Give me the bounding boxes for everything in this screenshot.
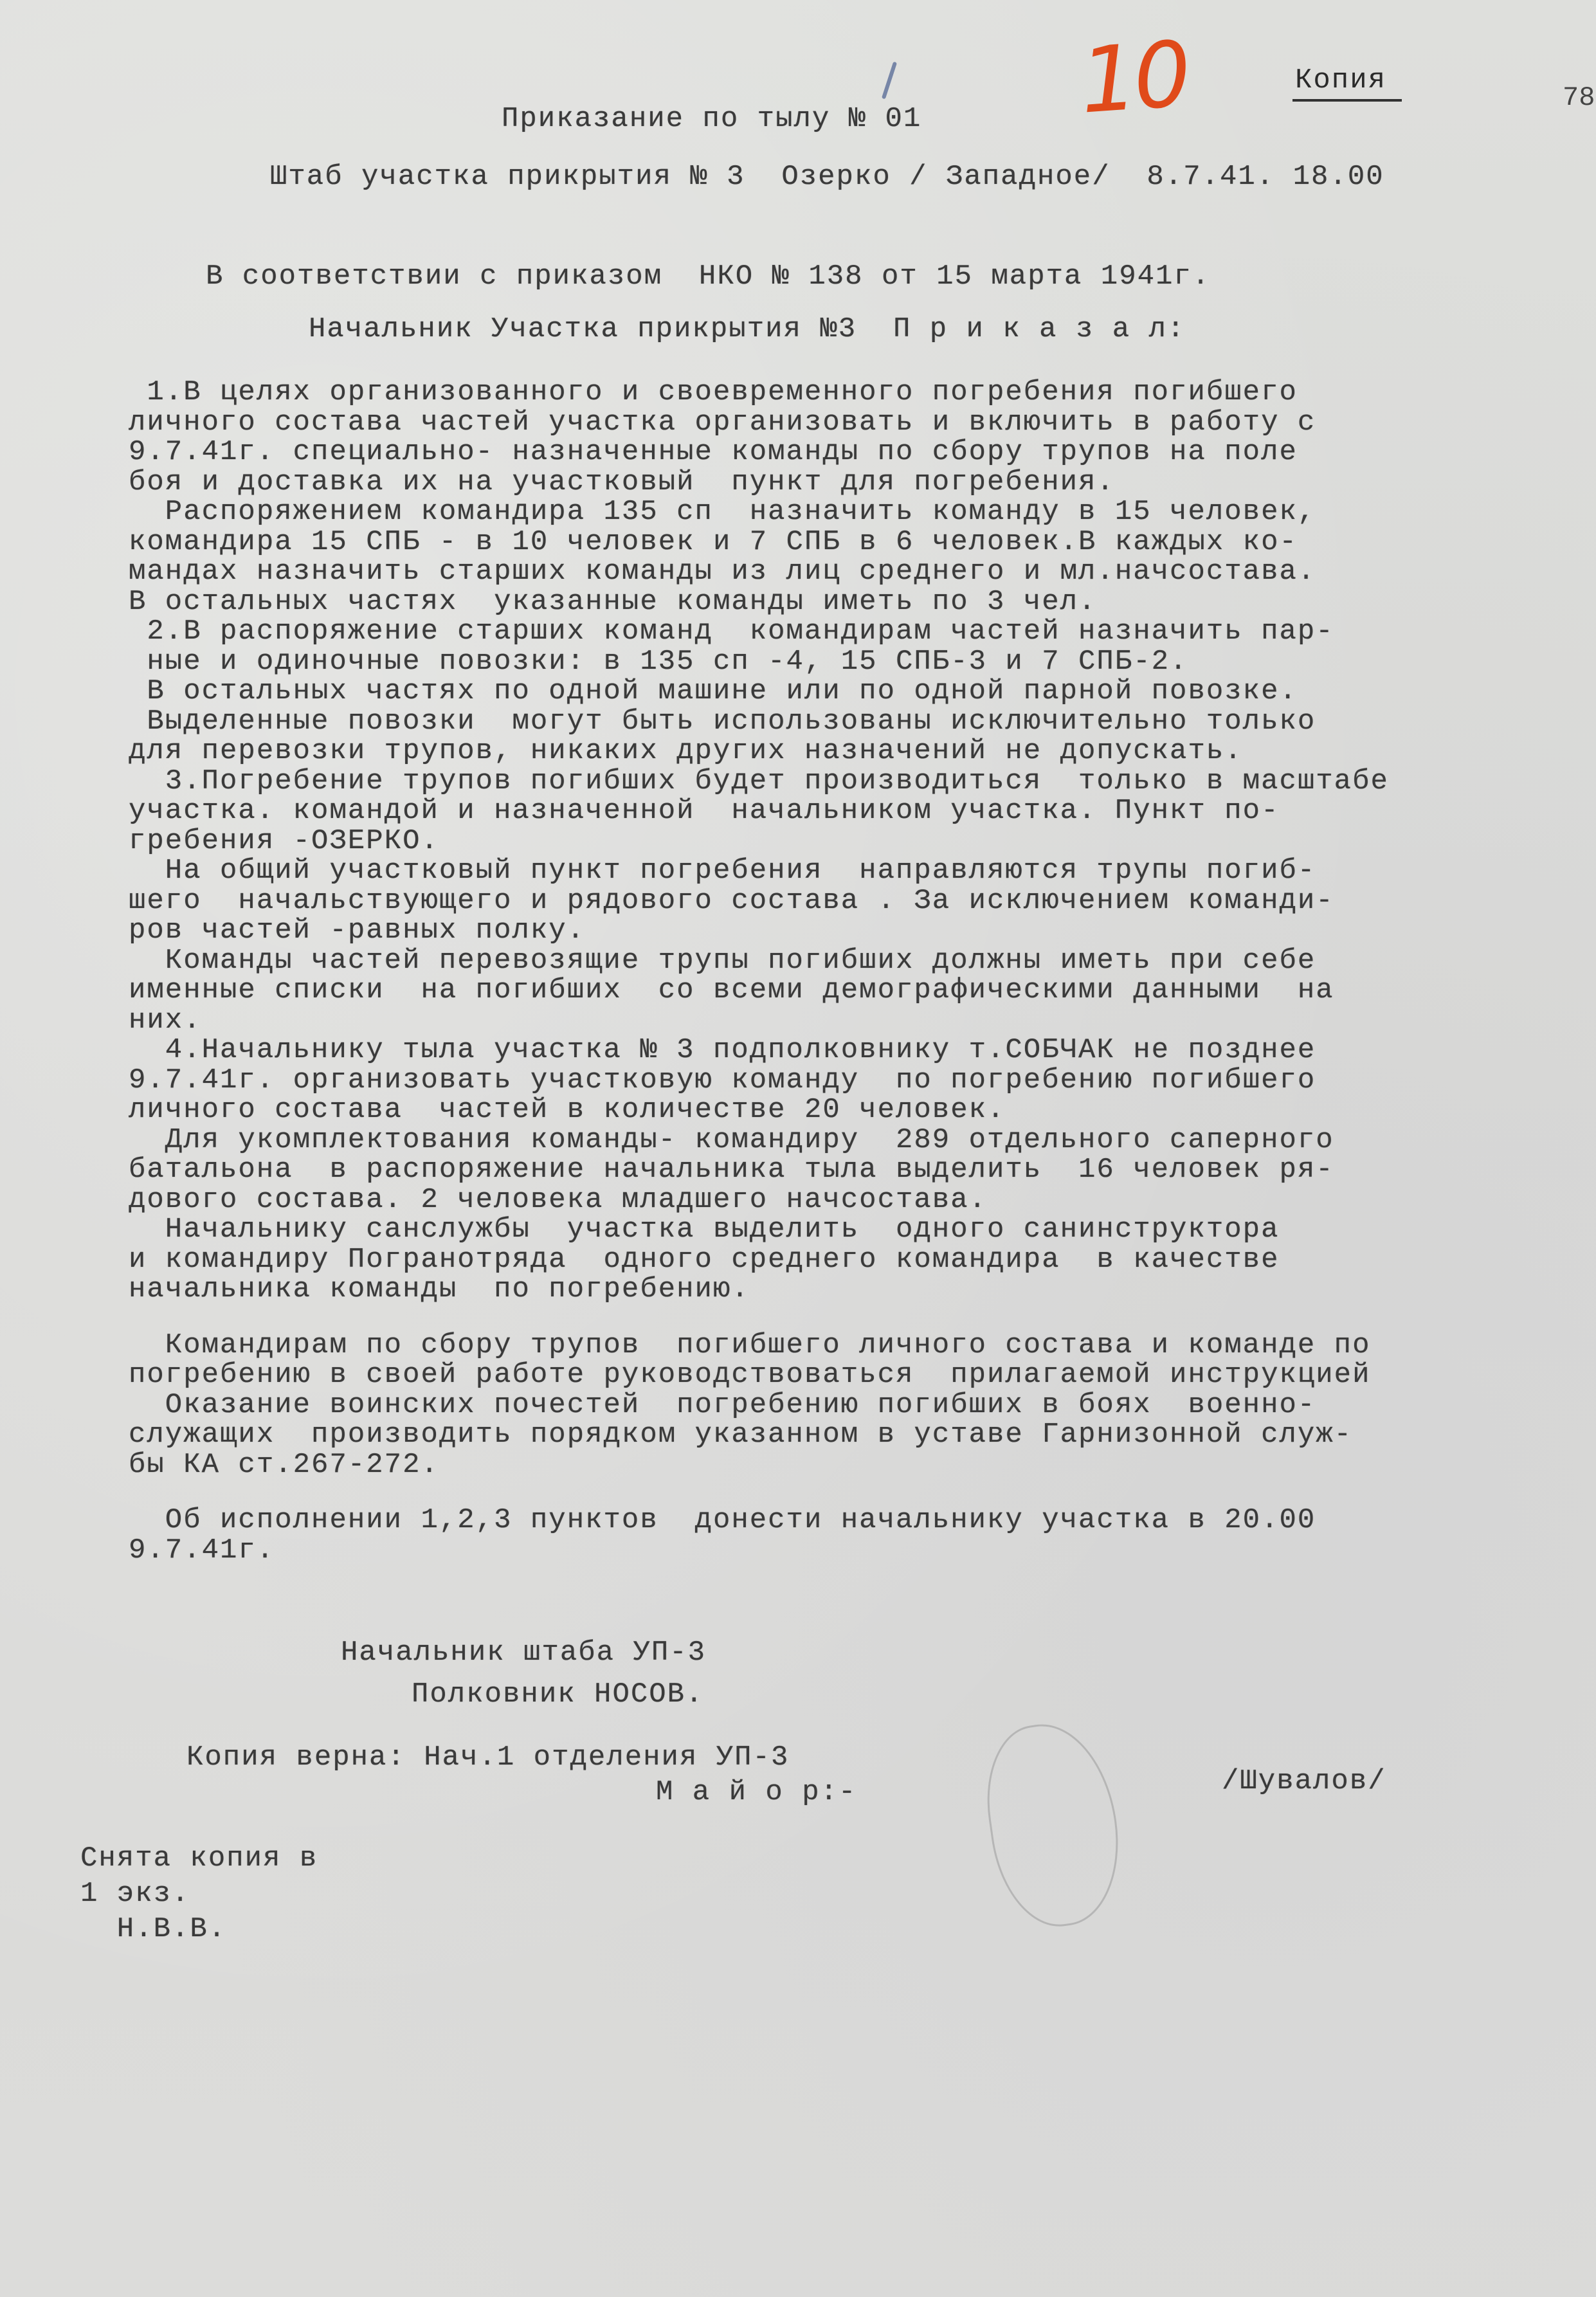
body-line: именные списки на погибших со всеми демо… [129, 974, 1334, 1006]
body-line: боя и доставка их на участковый пункт дл… [129, 466, 1115, 498]
body-line: личного состава частей участка организов… [129, 406, 1316, 439]
body-line: погребению в своей работе руководствоват… [129, 1359, 1371, 1391]
copy-certified: Копия верна: Нач.1 отделения УП-3 [186, 1741, 789, 1774]
body-line: Для укомплектования команды- командиру 2… [129, 1124, 1334, 1156]
body-line: В остальных частях указанные команды име… [129, 586, 1096, 618]
footnote-line: Снята копия в [80, 1842, 318, 1875]
body-line: участка. командой и назначенной начальни… [129, 795, 1279, 827]
body-line: 9.7.41г. [129, 1534, 275, 1566]
chief-title: Начальник штаба УП-3 [341, 1637, 706, 1669]
body-line: личного состава частей в количестве 20 ч… [129, 1094, 1005, 1126]
body-line: бы КА ст.267-272. [129, 1449, 439, 1481]
body-line: 2.В распоряжение старших команд командир… [129, 615, 1334, 648]
body-line: Командирам по сбору трупов погибшего лич… [129, 1329, 1371, 1361]
body-line: 9.7.41г. специально- назначенные команды… [129, 436, 1298, 468]
body-line: Начальнику санслужбы участка выделить од… [129, 1213, 1279, 1246]
body-line: начальника команды по погребению. [129, 1273, 750, 1305]
body-line: дового состава. 2 человека младшего начс… [129, 1184, 987, 1216]
body-line: мандах назначить старших команды из лиц … [129, 556, 1316, 588]
body-line: Выделенные повозки могут быть использова… [129, 705, 1316, 738]
folio-number: 10 [1077, 22, 1191, 134]
body-line: 3.Погребение трупов погибших будет произ… [129, 765, 1389, 797]
body-line: служащих производить порядком указанном … [129, 1419, 1352, 1451]
handwritten-signature [977, 1716, 1130, 1934]
body-line: 1.В целях организованного и своевременно… [129, 376, 1298, 408]
body-line: шего начальствующего и рядового состава … [129, 885, 1334, 917]
body-line: и командиру Погранотряда одного среднего… [129, 1244, 1279, 1276]
body-line: 9.7.41г. организовать участковую команду… [129, 1064, 1316, 1096]
body-line: ров частей -равных полку. [129, 914, 585, 947]
preamble-line: В соответствии с приказом НКО № 138 от 1… [206, 260, 1210, 293]
rank: М а й о р:- [656, 1776, 857, 1808]
body-line: Команды частей перевозящие трупы погибши… [129, 945, 1316, 977]
document-title: Приказание по тылу № 01 [502, 103, 921, 135]
body-line: ные и одиночные повозки: в 135 сп -4, 15… [129, 646, 1188, 678]
body-line: них. [129, 1004, 202, 1037]
header-line: Штаб участка прикрытия № 3 Озерко / Запа… [270, 161, 1384, 193]
signer-name: /Шувалов/ [1222, 1765, 1386, 1797]
footnote-line: Н.В.В. [80, 1913, 226, 1945]
body-line: командира 15 СПБ - в 10 человек и 7 СПБ … [129, 526, 1298, 558]
body-line: Об исполнении 1,2,3 пунктов донести нача… [129, 1504, 1316, 1536]
body-line: На общий участковый пункт погребения нап… [129, 855, 1316, 887]
body-line: В остальных частях по одной машине или п… [129, 675, 1298, 707]
footnote-line: 1 экз. [80, 1878, 190, 1910]
body-line: для перевозки трупов, никаких других наз… [129, 735, 1243, 767]
preamble-line: Начальник Участка прикрытия №3 П р и к а… [309, 313, 1185, 345]
body-line: батальона в распоряжение начальника тыла… [129, 1154, 1334, 1186]
copy-stamp: Копия [1292, 64, 1402, 102]
sheet-number: 78 [1563, 82, 1595, 113]
chief-name: Полковник НОСОВ. [412, 1678, 703, 1711]
pencil-mark [882, 62, 897, 100]
body-line: 4.Начальнику тыла участка № 3 подполковн… [129, 1034, 1316, 1066]
document-page: 10 Копия 78 Приказание по тылу № 01 Штаб… [0, 0, 1596, 2297]
body-line: гребения -ОЗЕРКО. [129, 825, 439, 857]
body-line: Оказание воинских почестей погребению по… [129, 1389, 1316, 1421]
body-line: Распоряжением командира 135 сп назначить… [129, 496, 1316, 528]
